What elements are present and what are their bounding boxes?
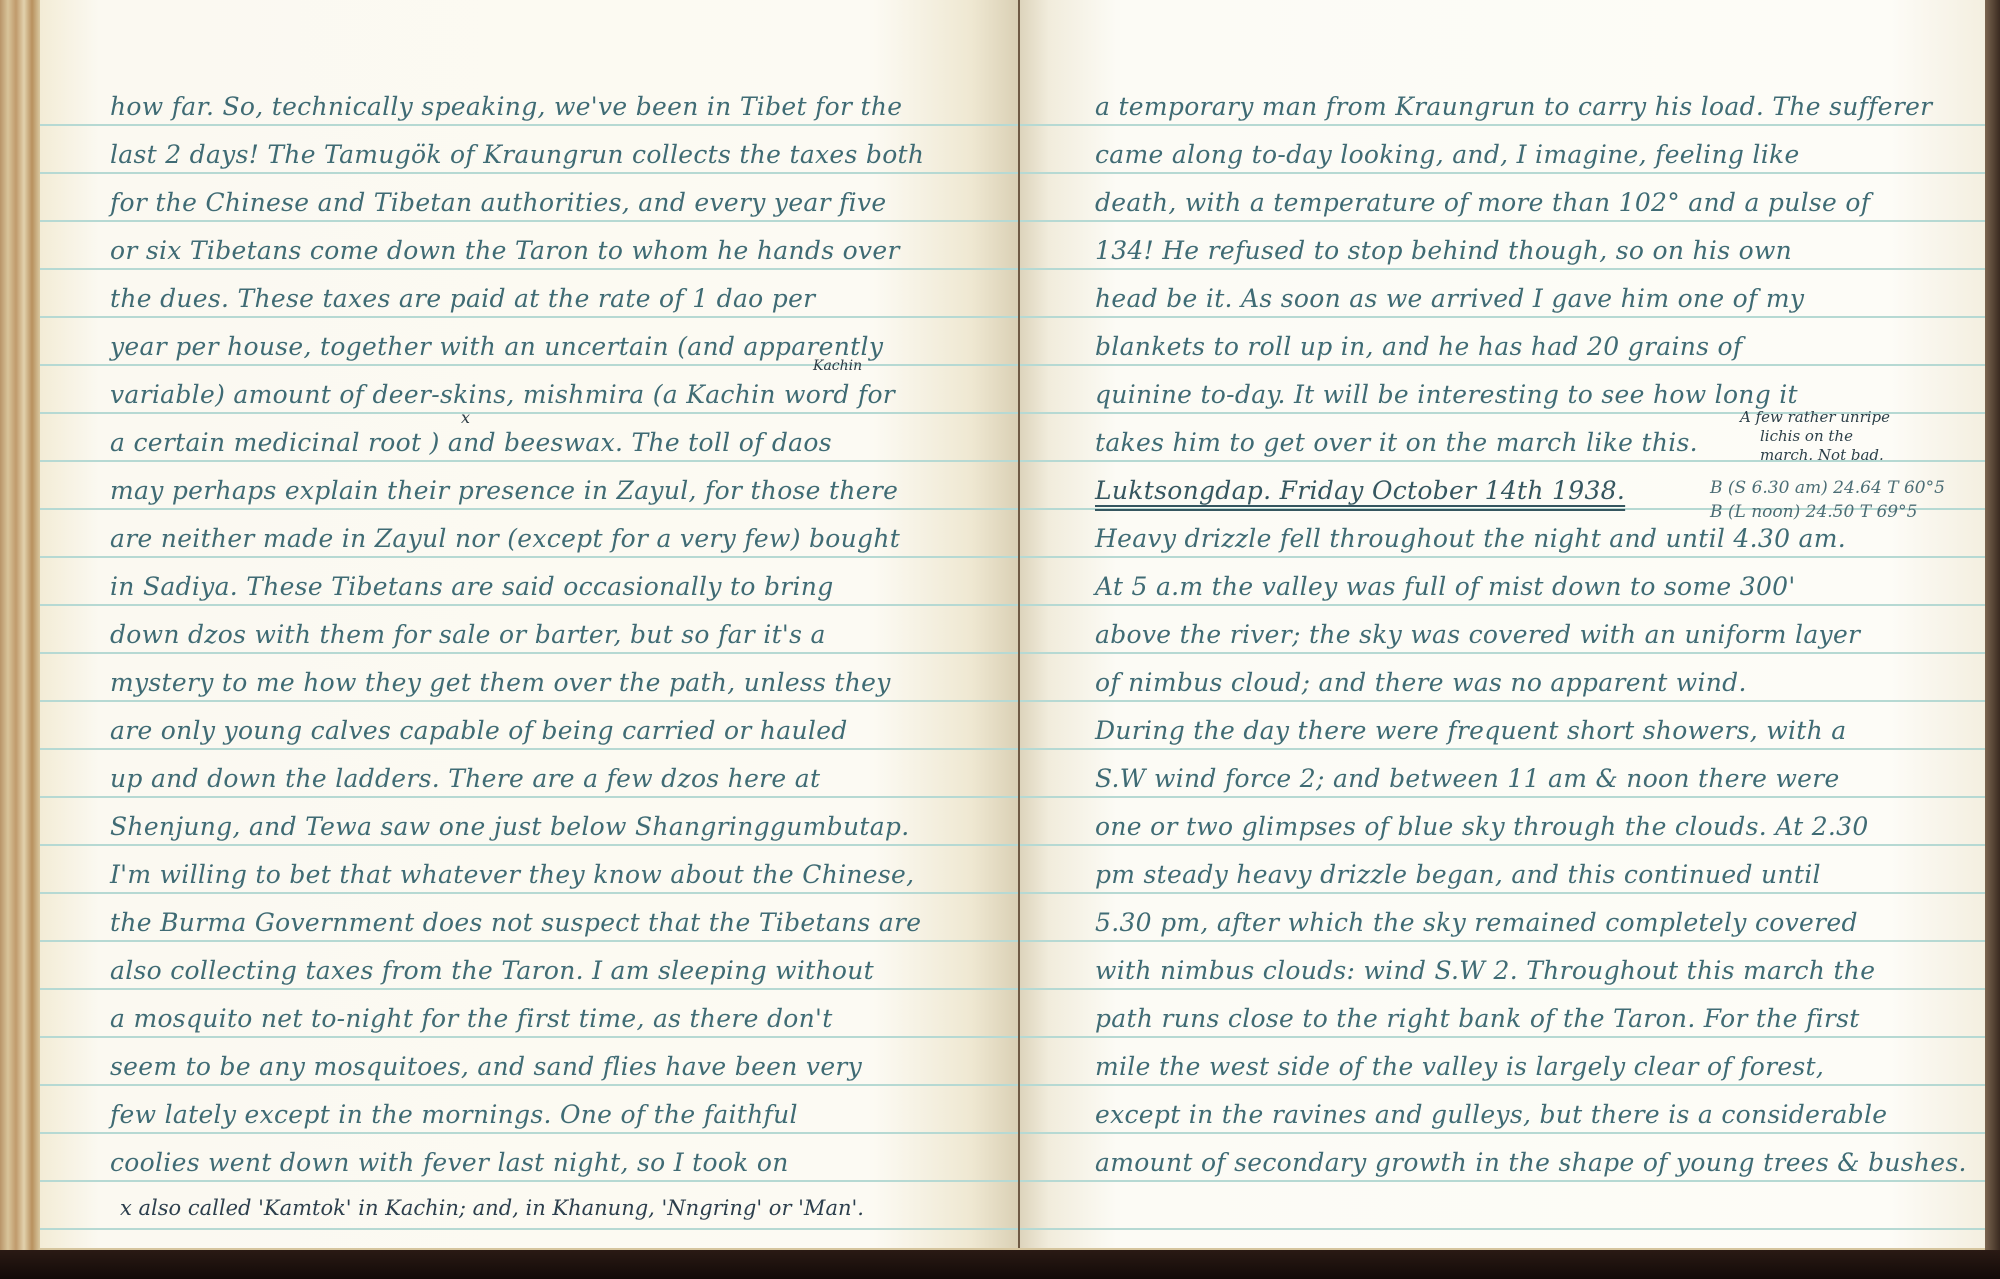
ruled-line — [40, 604, 1020, 606]
ruled-line — [40, 1036, 1020, 1038]
text-line: up and down the ladders. There are a few… — [110, 764, 820, 793]
ruled-line — [1020, 988, 1985, 990]
ruled-line — [40, 1180, 1020, 1182]
ruled-line — [1020, 268, 1985, 270]
text-line: year per house, together with an uncerta… — [110, 332, 883, 361]
ruled-line — [1020, 1180, 1985, 1182]
text-line: Shenjung, and Tewa saw one just below Sh… — [110, 812, 909, 841]
text-line: or six Tibetans come down the Taron to w… — [110, 236, 900, 265]
ruled-line — [40, 892, 1020, 894]
ruled-line — [1020, 1228, 1985, 1230]
footnote-marker: x — [461, 408, 470, 427]
ruled-line — [40, 940, 1020, 942]
ruled-line — [40, 220, 1020, 222]
margin-note-line: A few rather unripe — [1740, 408, 1890, 427]
ruled-line — [40, 988, 1020, 990]
ruled-line — [1020, 556, 1985, 558]
text-line: down dzos with them for sale or barter, … — [110, 620, 826, 649]
book-page-edges-left — [0, 0, 40, 1250]
text-line: for the Chinese and Tibetan authorities,… — [110, 188, 887, 217]
text-line: amount of secondary growth in the shape … — [1095, 1148, 1967, 1177]
ruled-line — [40, 124, 1020, 126]
ruled-line — [40, 460, 1020, 462]
ruled-line — [1020, 364, 1985, 366]
text-line: pm steady heavy drizzle began, and this … — [1095, 860, 1821, 889]
left-page: how far. So, technically speaking, we've… — [40, 0, 1020, 1251]
text-line: head be it. As soon as we arrived I gave… — [1095, 284, 1804, 313]
text-line: death, with a temperature of more than 1… — [1095, 188, 1870, 217]
weather-reading: B (L noon) 24.50 T 69°5 — [1710, 502, 1917, 522]
ruled-line — [1020, 796, 1985, 798]
ruled-line — [1020, 652, 1985, 654]
ruled-line — [40, 652, 1020, 654]
ruled-line — [1020, 1036, 1985, 1038]
text-line: At 5 a.m the valley was full of mist dow… — [1095, 572, 1796, 601]
ruled-line — [40, 748, 1020, 750]
ruled-line — [40, 316, 1020, 318]
text-line: in Sadiya. These Tibetans are said occas… — [110, 572, 834, 601]
caret-insertion: Kachin — [813, 358, 862, 374]
text-line: are only young calves capable of being c… — [110, 716, 848, 745]
text-line: last 2 days! The Tamugök of Kraungrun co… — [110, 140, 924, 169]
ruled-line — [1020, 316, 1985, 318]
text-line: one or two glimpses of blue sky through … — [1095, 812, 1869, 841]
text-line: the Burma Government does not suspect th… — [110, 908, 921, 937]
ruled-line — [1020, 172, 1985, 174]
ruled-line — [40, 796, 1020, 798]
text-line: coolies went down with fever last night,… — [110, 1148, 789, 1177]
text-line: with nimbus clouds: wind S.W 2. Througho… — [1095, 956, 1875, 985]
text-line: except in the ravines and gulleys, but t… — [1095, 1100, 1887, 1129]
text-line: of nimbus cloud; and there was no appare… — [1095, 668, 1747, 697]
text-line: mystery to me how they get them over the… — [110, 668, 891, 697]
ruled-line — [40, 412, 1020, 414]
text-line: a mosquito net to-night for the first ti… — [110, 1004, 833, 1033]
ruled-line — [1020, 940, 1985, 942]
ruled-line — [40, 700, 1020, 702]
ruled-line — [1020, 604, 1985, 606]
entry-heading: Luktsongdap. Friday October 14th 1938. — [1095, 476, 1625, 505]
text-line: variable) amount of deer-skins, mishmira… — [110, 380, 895, 409]
text-line: mile the west side of the valley is larg… — [1095, 1052, 1824, 1081]
ruled-line — [1020, 700, 1985, 702]
text-line: blankets to roll up in, and he has had 2… — [1095, 332, 1742, 361]
ruled-line — [1020, 748, 1985, 750]
ruled-line — [40, 1132, 1020, 1134]
text-line: a temporary man from Kraungrun to carry … — [1095, 92, 1932, 121]
text-line: takes him to get over it on the march li… — [1095, 428, 1698, 457]
ruled-line — [40, 268, 1020, 270]
text-line: also collecting taxes from the Taron. I … — [110, 956, 874, 985]
background-surface — [0, 1250, 2000, 1279]
text-line: Heavy drizzle fell throughout the night … — [1095, 524, 1846, 553]
margin-note-line: march. Not bad. — [1740, 446, 1890, 465]
ruled-line — [1020, 1132, 1985, 1134]
right-page: a temporary man from Kraungrun to carry … — [1020, 0, 1985, 1251]
ruled-line — [1020, 1084, 1985, 1086]
text-line: 134! He refused to stop behind though, s… — [1095, 236, 1792, 265]
ruled-line — [40, 844, 1020, 846]
text-line: the dues. These taxes are paid at the ra… — [110, 284, 815, 313]
text-line: I'm willing to bet that whatever they kn… — [110, 860, 914, 889]
margin-note-line: lichis on the — [1740, 427, 1890, 446]
book-cover-edge-right — [1985, 0, 2000, 1250]
ruled-line — [1020, 124, 1985, 126]
text-line: above the river; the sky was covered wit… — [1095, 620, 1860, 649]
ruled-line — [1020, 892, 1985, 894]
ruled-line — [40, 172, 1020, 174]
margin-note: A few rather unripe lichis on the march.… — [1740, 408, 1890, 465]
text-line: seem to be any mosquitoes, and sand flie… — [110, 1052, 862, 1081]
text-line: few lately except in the mornings. One o… — [110, 1100, 798, 1129]
text-line: S.W wind force 2; and between 11 am & no… — [1095, 764, 1840, 793]
ruled-line — [40, 364, 1020, 366]
text-line: quinine to-day. It will be interesting t… — [1095, 380, 1798, 409]
footnote: x also called 'Kamtok' in Kachin; and, i… — [120, 1196, 864, 1220]
text-line: 5.30 pm, after which the sky remained co… — [1095, 908, 1858, 937]
text-line: came along to-day looking, and, I imagin… — [1095, 140, 1800, 169]
text-line: a certain medicinal root ) and beeswax. … — [110, 428, 832, 457]
text-line: how far. So, technically speaking, we've… — [110, 92, 902, 121]
weather-reading: B (S 6.30 am) 24.64 T 60°5 — [1710, 478, 1945, 498]
text-line: During the day there were frequent short… — [1095, 716, 1847, 745]
ruled-line — [40, 508, 1020, 510]
text-line: are neither made in Zayul nor (except fo… — [110, 524, 900, 553]
ruled-line — [1020, 844, 1985, 846]
open-diary: how far. So, technically speaking, we've… — [0, 0, 2000, 1250]
ruled-line — [40, 1084, 1020, 1086]
ruled-line — [40, 1228, 1020, 1230]
text-line: may perhaps explain their presence in Za… — [110, 476, 898, 505]
ruled-line — [40, 556, 1020, 558]
ruled-line — [1020, 220, 1985, 222]
text-line: path runs close to the right bank of the… — [1095, 1004, 1860, 1033]
